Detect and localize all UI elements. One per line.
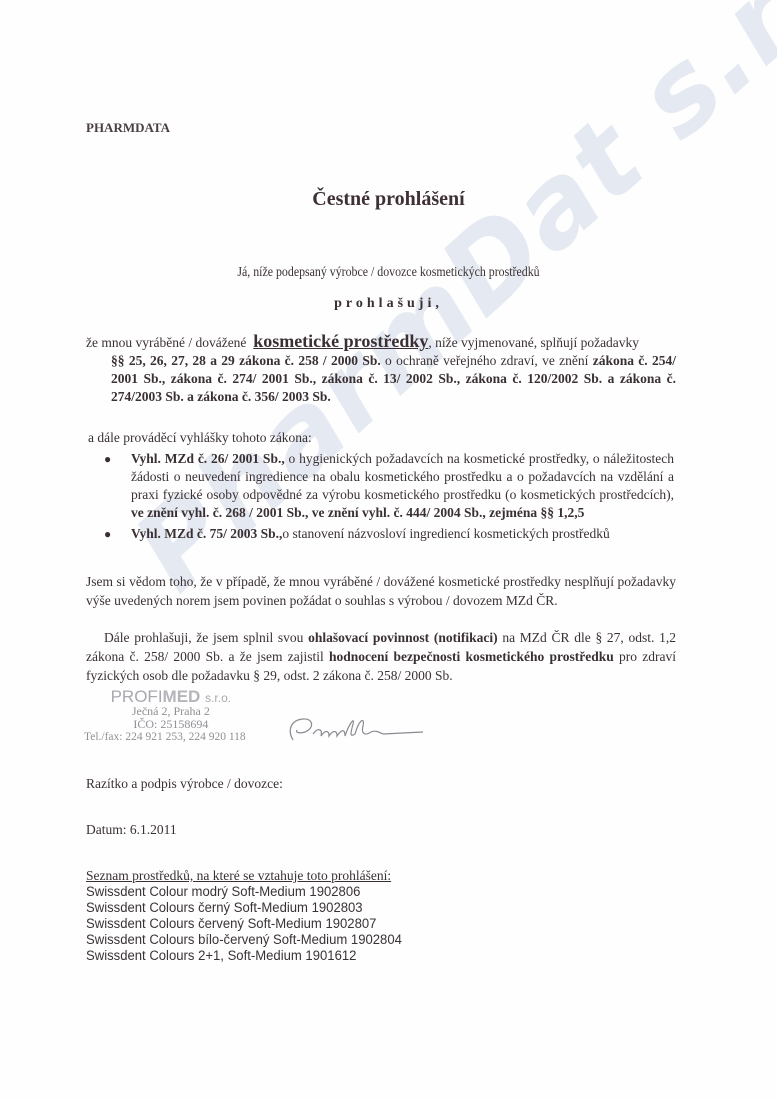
products-heading: Seznam prostředků, na které se vztahuje … <box>86 868 391 884</box>
brand-suffix: s.r.o. <box>205 691 231 705</box>
p4-text1: Dále prohlašuji, že jsem splnil svou <box>104 630 308 645</box>
bullet-bold: Vyhl. MZd č. 75/ 2003 Sb., <box>131 526 282 541</box>
paragraph-compliance: že mnou vyráběné / dovážené kosmetické p… <box>86 332 676 406</box>
product-item: Swissdent Colours bílo-červený Soft-Medi… <box>86 932 402 948</box>
p1-after: , níže vyjmenované, splňují požadavky <box>428 335 639 350</box>
list-item: ● Vyhl. MZd č. 75/ 2003 Sb.,o stanovení … <box>104 525 674 543</box>
product-item: Swissdent Colours červený Soft-Medium 19… <box>86 916 402 932</box>
product-item: Swissdent Colours černý Soft-Medium 1902… <box>86 900 402 916</box>
product-item: Swissdent Colours 2+1, Soft-Medium 19016… <box>86 948 402 964</box>
stamp-tel: Tel./fax: 224 921 253, 224 920 118 <box>84 731 246 744</box>
signature-label: Razítko a podpis výrobce / dovozce: <box>86 776 283 792</box>
document-title: Čestné prohlášení <box>0 188 777 211</box>
p1-lead: že mnou vyráběné / dovážené <box>86 335 246 350</box>
bullet-bold2: ve znění vyhl. č. 268 / 2001 Sb., ve zně… <box>131 505 584 520</box>
p1-law: §§ 25, 26, 27, 28 a 29 zákona č. 258 / 2… <box>111 353 381 368</box>
product-item: Swissdent Colour modrý Soft-Medium 19028… <box>86 884 402 900</box>
company-stamp: PROFIMED s.r.o. Ječná 2, Praha 2 IČO: 25… <box>96 690 246 744</box>
bullet-text: o stanovení názvosloví ingrediencí kosme… <box>282 526 609 541</box>
bullet-icon: ● <box>104 450 111 468</box>
document-date: Datum: 6.1.2011 <box>86 822 177 838</box>
paragraph-awareness: Jsem si vědom toho, že v případě, že mno… <box>86 572 676 610</box>
stamp-ico: IČO: 25158694 <box>96 718 246 731</box>
list-item: ● Vyhl. MZd č. 26/ 2001 Sb., o hygienick… <box>104 450 674 522</box>
document-page: PharmDat s.r.o. PHARMDATA Čestné prohláš… <box>0 0 777 1100</box>
p4-bold2: hodnocení bezpečnosti kosmetického prost… <box>329 649 614 664</box>
bullet-bold: Vyhl. MZd č. 26/ 2001 Sb., <box>131 451 285 466</box>
paragraph-regulations-intro: a dále prováděcí vyhlášky tohoto zákona: <box>88 430 312 446</box>
products-list: Swissdent Colour modrý Soft-Medium 19028… <box>86 884 412 964</box>
intro-line: Já, níže podepsaný výrobce / dovozce kos… <box>47 264 731 280</box>
stamp-brand: PROFIMED s.r.o. <box>96 690 246 705</box>
declaration-word: prohlašuji, <box>0 296 777 312</box>
signature-icon <box>283 710 433 750</box>
p1-highlight: kosmetické prostředky <box>253 331 428 351</box>
regulations-list: ● Vyhl. MZd č. 26/ 2001 Sb., o hygienick… <box>104 450 674 546</box>
bullet-icon: ● <box>104 525 111 543</box>
document-header: PHARMDATA <box>86 120 170 136</box>
p1-law-text: o ochraně veřejného zdraví, ve znění <box>381 353 593 368</box>
p4-bold1: ohlašovací povinnost (notifikaci) <box>308 630 497 645</box>
paragraph-notification: Dále prohlašuji, že jsem splnil svou ohl… <box>86 628 676 685</box>
